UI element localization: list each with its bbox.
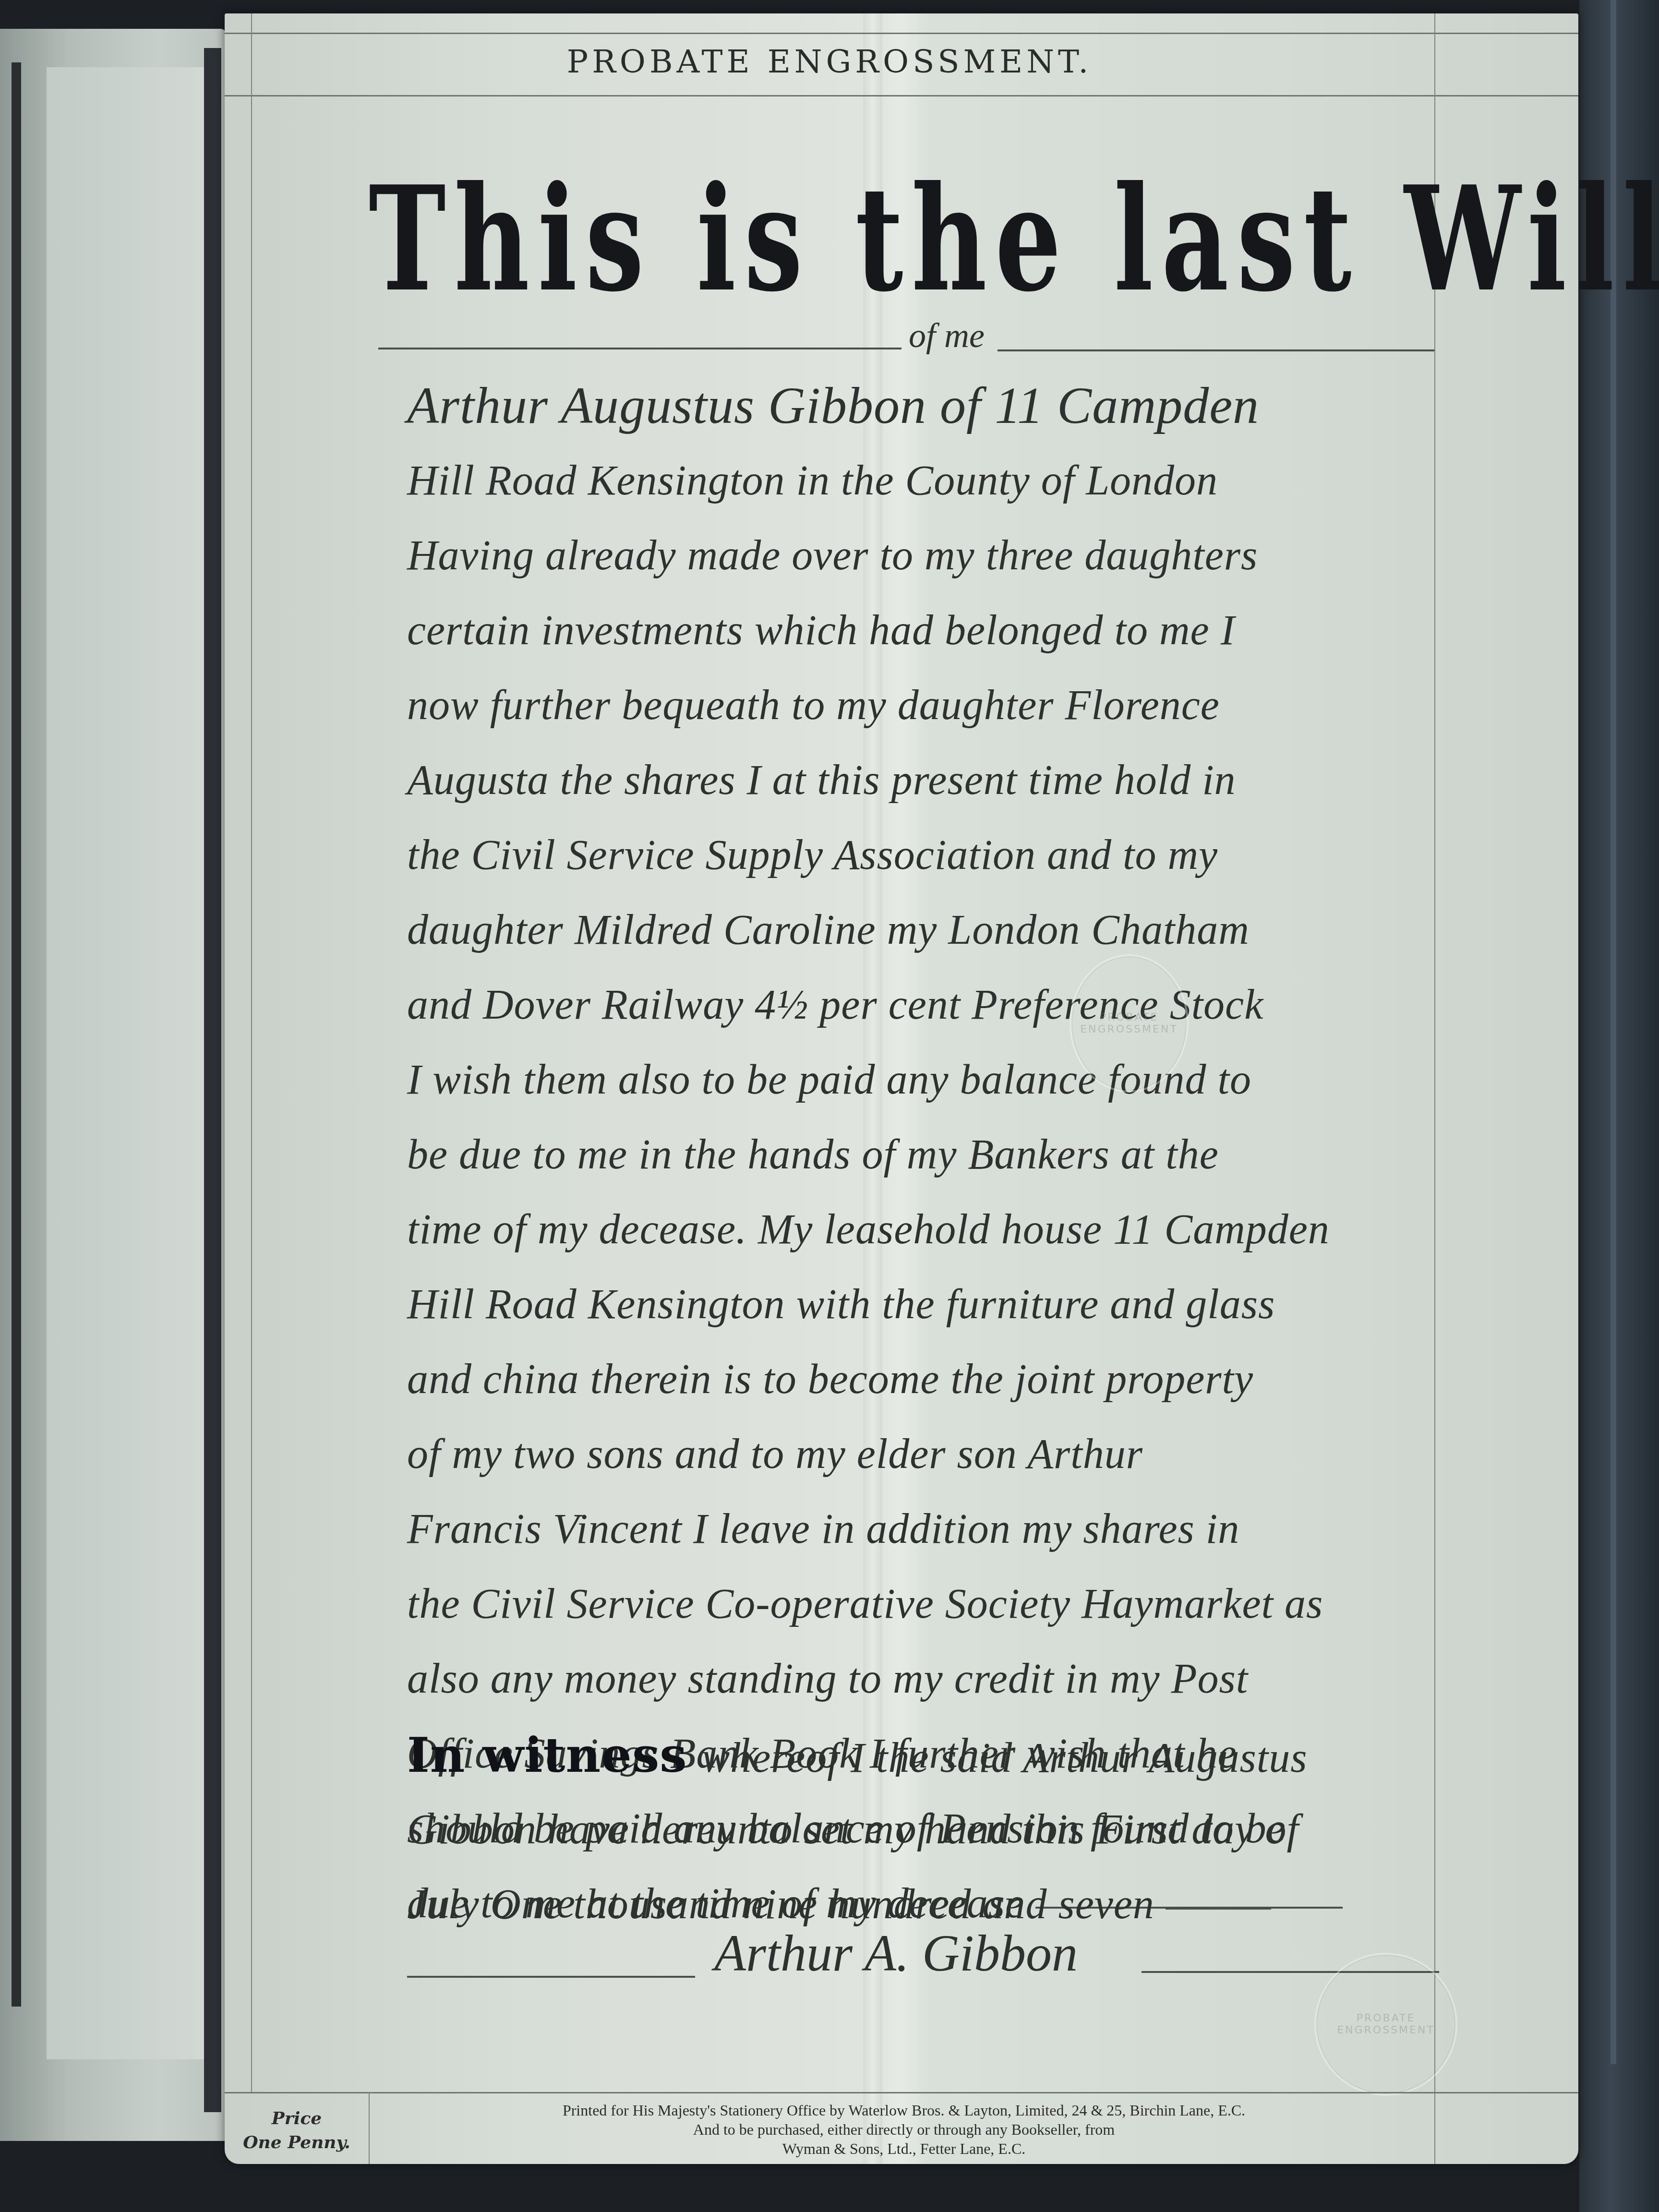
price-label: Price One Penny. [225, 2106, 369, 2154]
witness-line: Gibbon have hereunto set my hand this Fi… [407, 1792, 1454, 1867]
witness-line: In witnesswhereof I the said Arthur Augu… [407, 1718, 1454, 1792]
probate-document: PROBATE ENGROSSMENT. This is the last Wi… [225, 13, 1578, 2164]
seal-text: PROBATE ENGROSSMENT [1316, 2012, 1455, 2036]
embossed-seal-icon: PROBATE ENGROSSMENT [1070, 954, 1189, 1093]
body-line: daughter Mildred Caroline my London Chat… [407, 893, 1444, 968]
right-binding [1579, 0, 1659, 2212]
of-me-label: of me [909, 316, 985, 356]
printer-imprint: Printed for His Majesty's Stationery Off… [373, 2101, 1434, 2158]
will-body: Arthur Augustus Gibbon of 11 Campden Hil… [407, 369, 1444, 1941]
blank-line [998, 349, 1434, 351]
body-line: Arthur Augustus Gibbon of 11 Campden [407, 369, 1444, 444]
in-witness-heading: In witness [407, 1727, 687, 1783]
left-binding-bar [12, 62, 21, 2007]
body-line: certain investments which had belonged t… [407, 593, 1444, 668]
body-line: Having already made over to my three dau… [407, 518, 1444, 593]
body-line: and china therein is to become the joint… [407, 1342, 1444, 1417]
footer-divider [369, 2092, 370, 2164]
end-dash [1166, 1908, 1271, 1910]
will-title: This is the last Will [369, 167, 1164, 311]
witness-text: July One thousand nine hundred and seven [407, 1881, 1154, 1928]
body-line: I wish them also to be paid any balance … [407, 1043, 1444, 1118]
seal-text: PROBATE ENGROSSMENT [1071, 1011, 1187, 1035]
imprint-line: Printed for His Majesty's Stationery Off… [373, 2101, 1434, 2120]
witness-text: whereof I the said Arthur Augustus [702, 1735, 1308, 1781]
body-line: the Civil Service Co-operative Society H… [407, 1567, 1444, 1642]
imprint-line: And to be purchased, either directly or … [373, 2120, 1434, 2139]
body-line: time of my decease. My leasehold house 1… [407, 1192, 1444, 1267]
body-line: Francis Vincent I leave in addition my s… [407, 1492, 1444, 1567]
document-header: PROBATE ENGROSSMENT. [225, 43, 1434, 80]
price-value: One Penny. [225, 2130, 369, 2154]
testator-signature: Arthur A. Gibbon [714, 1924, 1078, 1984]
embossed-seal-icon: PROBATE ENGROSSMENT [1314, 1953, 1457, 2096]
body-line: now further bequeath to my daughter Flor… [407, 668, 1444, 743]
left-margin-rule [251, 13, 252, 2092]
imprint-line: Wyman & Sons, Ltd., Fetter Lane, E.C. [373, 2139, 1434, 2158]
header-rule-top [225, 33, 1578, 34]
signature-line-left [407, 1976, 695, 1978]
witness-clause: In witnesswhereof I the said Arthur Augu… [407, 1718, 1454, 1942]
of-me-row: of me [378, 321, 1434, 359]
folded-sheet-edge [46, 67, 205, 2059]
blank-line [378, 348, 902, 349]
price-line: Price [225, 2106, 369, 2130]
inner-binding-bar [204, 48, 221, 2112]
body-line: of my two sons and to my elder son Arthu… [407, 1417, 1444, 1492]
footer-rule [225, 2092, 1578, 2093]
body-line: also any money standing to my credit in … [407, 1642, 1444, 1717]
body-line: be due to me in the hands of my Bankers … [407, 1118, 1444, 1192]
underlying-left-page [0, 29, 226, 2141]
header-rule-bottom [225, 95, 1578, 96]
signature-row: Arthur A. Gibbon [407, 1924, 1444, 2001]
body-line: Augusta the shares I at this present tim… [407, 743, 1444, 818]
body-line: the Civil Service Supply Association and… [407, 818, 1444, 893]
body-line: and Dover Railway 4½ per cent Preference… [407, 968, 1444, 1043]
body-line: Hill Road Kensington with the furniture … [407, 1267, 1444, 1342]
body-line: Hill Road Kensington in the County of Lo… [407, 444, 1444, 518]
